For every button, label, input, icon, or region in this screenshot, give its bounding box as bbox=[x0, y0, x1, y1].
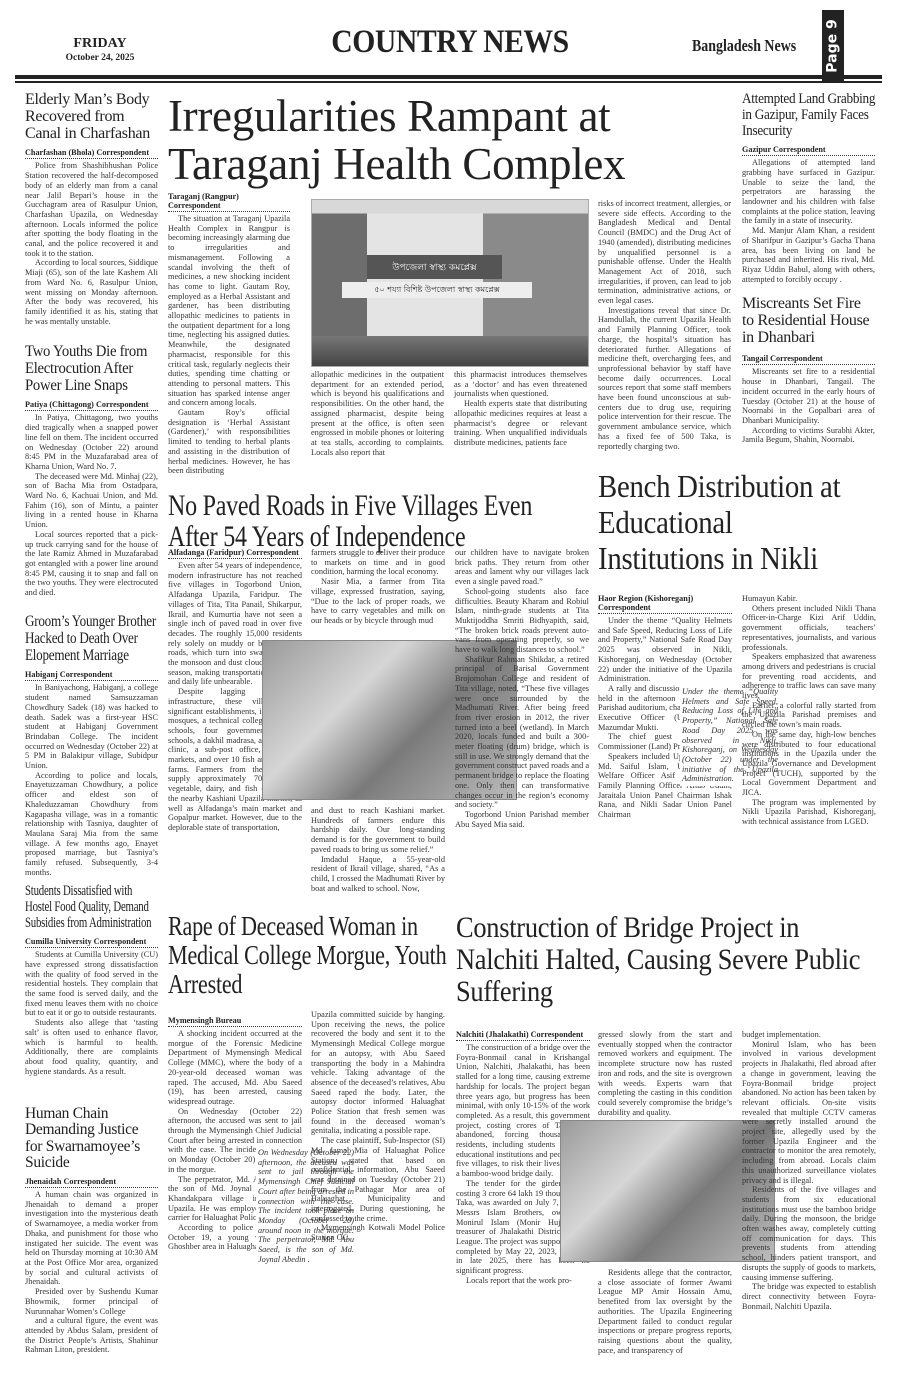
header-rule-thin bbox=[15, 81, 882, 83]
headline: Groom’s Younger Brother Hacked to Death … bbox=[25, 614, 158, 664]
byline: Nalchiti (Jhalakathi) Correspondent bbox=[456, 1030, 590, 1041]
health-complex-photo: উপজেলা স্বাস্থ্য কমপ্লেক্স ৫০ শয্যা বিশি… bbox=[311, 199, 589, 367]
article-body-col3: budget implementation. Monirul Islam, wh… bbox=[742, 1030, 876, 1311]
article-body-col2: allopathic medicines in the outpatient d… bbox=[311, 370, 444, 457]
article-body-col2: gressed slowly from the start and eventu… bbox=[598, 1030, 732, 1117]
byline: Gazipur Correspondent bbox=[742, 145, 875, 156]
byline: Taraganj (Rangpur) Correspondent bbox=[168, 192, 290, 212]
article-body-col2: Humayun Kabir. Others present included N… bbox=[742, 594, 876, 827]
article-body: Miscreants set fire to a residential hou… bbox=[742, 367, 875, 445]
page-number-badge: Page 9 bbox=[822, 10, 844, 82]
headline: Rape of Deceased Woman in Medical Colleg… bbox=[168, 912, 455, 999]
lead-headline: Irregularities Rampant at Taraganj Healt… bbox=[168, 92, 734, 188]
byline: Jhenaidah Correspondent bbox=[25, 1177, 158, 1188]
article-body: Police from Shashibhushan Police Station… bbox=[25, 161, 158, 326]
headline: Elderly Man’s Body Recovered from Canal … bbox=[25, 92, 158, 142]
headline: Attempted Land Grabbing in Gazipur, Fami… bbox=[742, 92, 876, 139]
masthead: FRIDAY October 24, 2025 COUNTRY NEWS Ban… bbox=[0, 0, 897, 82]
article-body-col1: The situation at Taraganj Upazila Health… bbox=[168, 214, 290, 476]
byline: Cumilla University Correspondent bbox=[25, 937, 158, 948]
article-body: In Patiya, Chittagong, two youths died t… bbox=[25, 413, 158, 597]
headline: Miscreants Set Fire to Residential House… bbox=[742, 296, 875, 346]
article-body-col3: this pharmacist introduces themselves as… bbox=[454, 370, 587, 448]
article-mymensingh: Rape of Deceased Woman in Medical Colleg… bbox=[168, 912, 458, 999]
article-body-col2: farmers struggle to deliver their produc… bbox=[311, 548, 445, 626]
headline: Bench Distribution at Educational Instit… bbox=[598, 468, 859, 576]
article-habiganj: Groom’s Younger Brother Hacked to Death … bbox=[25, 614, 158, 877]
article-body: Allegations of attempted land grabbing h… bbox=[742, 158, 875, 284]
byline: Charfashan (Bhola) Correspondent bbox=[25, 148, 158, 159]
article-body-col3: our children have to navigate broken bri… bbox=[455, 548, 589, 829]
day-label: FRIDAY bbox=[60, 36, 140, 52]
article-body-col2b: and dust to reach Kashiani market. Hundr… bbox=[311, 806, 445, 893]
byline: Patiya (Chittagong) Correspondent bbox=[25, 400, 158, 411]
byline: Haor Region (Kishoreganj) Correspondent bbox=[598, 594, 732, 614]
article-taraganj: Irregularities Rampant at Taraganj Healt… bbox=[168, 92, 734, 188]
article-body: A human chain was organized in Jhenaidah… bbox=[25, 1190, 158, 1355]
article-jhenaidah: Human Chain Demanding Justice for Swarna… bbox=[25, 1106, 158, 1355]
article-cumilla: Students Dissatisfied with Hostel Food Q… bbox=[25, 884, 158, 1076]
byline: Habiganj Correspondent bbox=[25, 670, 158, 681]
article-nalchiti: Construction of Bridge Project in Nalchi… bbox=[456, 912, 886, 1008]
article-body-col2: Upazila committed suicide by hanging. Up… bbox=[311, 1010, 445, 1243]
article-body-col2b: Residents allege that the contractor, a … bbox=[598, 1268, 732, 1355]
headline: No Paved Roads in Five Villages Even Aft… bbox=[168, 490, 584, 552]
article-gazipur: Attempted Land Grabbing in Gazipur, Fami… bbox=[742, 92, 875, 284]
article-charfashan: Elderly Man’s Body Recovered from Canal … bbox=[25, 92, 158, 326]
article-nikli: Bench Distribution at Educational Instit… bbox=[598, 468, 888, 576]
article-body: In Baniyachong, Habiganj, a college stud… bbox=[25, 683, 158, 877]
byline: Mymensingh Bureau bbox=[168, 1016, 302, 1027]
article-alfadanga: No Paved Roads in Five Villages Even Aft… bbox=[168, 490, 608, 552]
byline: Alfadanga (Faridpur) Correspondent bbox=[168, 548, 302, 559]
byline: Tangail Correspondent bbox=[742, 354, 875, 365]
section-title: COUNTRY NEWS bbox=[315, 24, 585, 61]
headline: Two Youths Die from Electrocution After … bbox=[25, 344, 158, 394]
headline: Human Chain Demanding Justice for Swarna… bbox=[25, 1106, 158, 1171]
date-label: October 24, 2025 bbox=[60, 53, 140, 63]
article-body: Students at Cumilla University (CU) have… bbox=[25, 950, 158, 1076]
article-patiya: Two Youths Die from Electrocution After … bbox=[25, 344, 158, 598]
headline: Students Dissatisfied with Hostel Food Q… bbox=[25, 884, 159, 931]
article-body-col4: risks of incorrect treatment, allergies,… bbox=[598, 199, 731, 451]
publication-name: Bangladesh News bbox=[692, 36, 796, 56]
article-dhanbari: Miscreants Set Fire to Residential House… bbox=[742, 296, 875, 445]
header-rule bbox=[15, 75, 882, 79]
headline: Construction of Bridge Project in Nalchi… bbox=[456, 912, 878, 1008]
